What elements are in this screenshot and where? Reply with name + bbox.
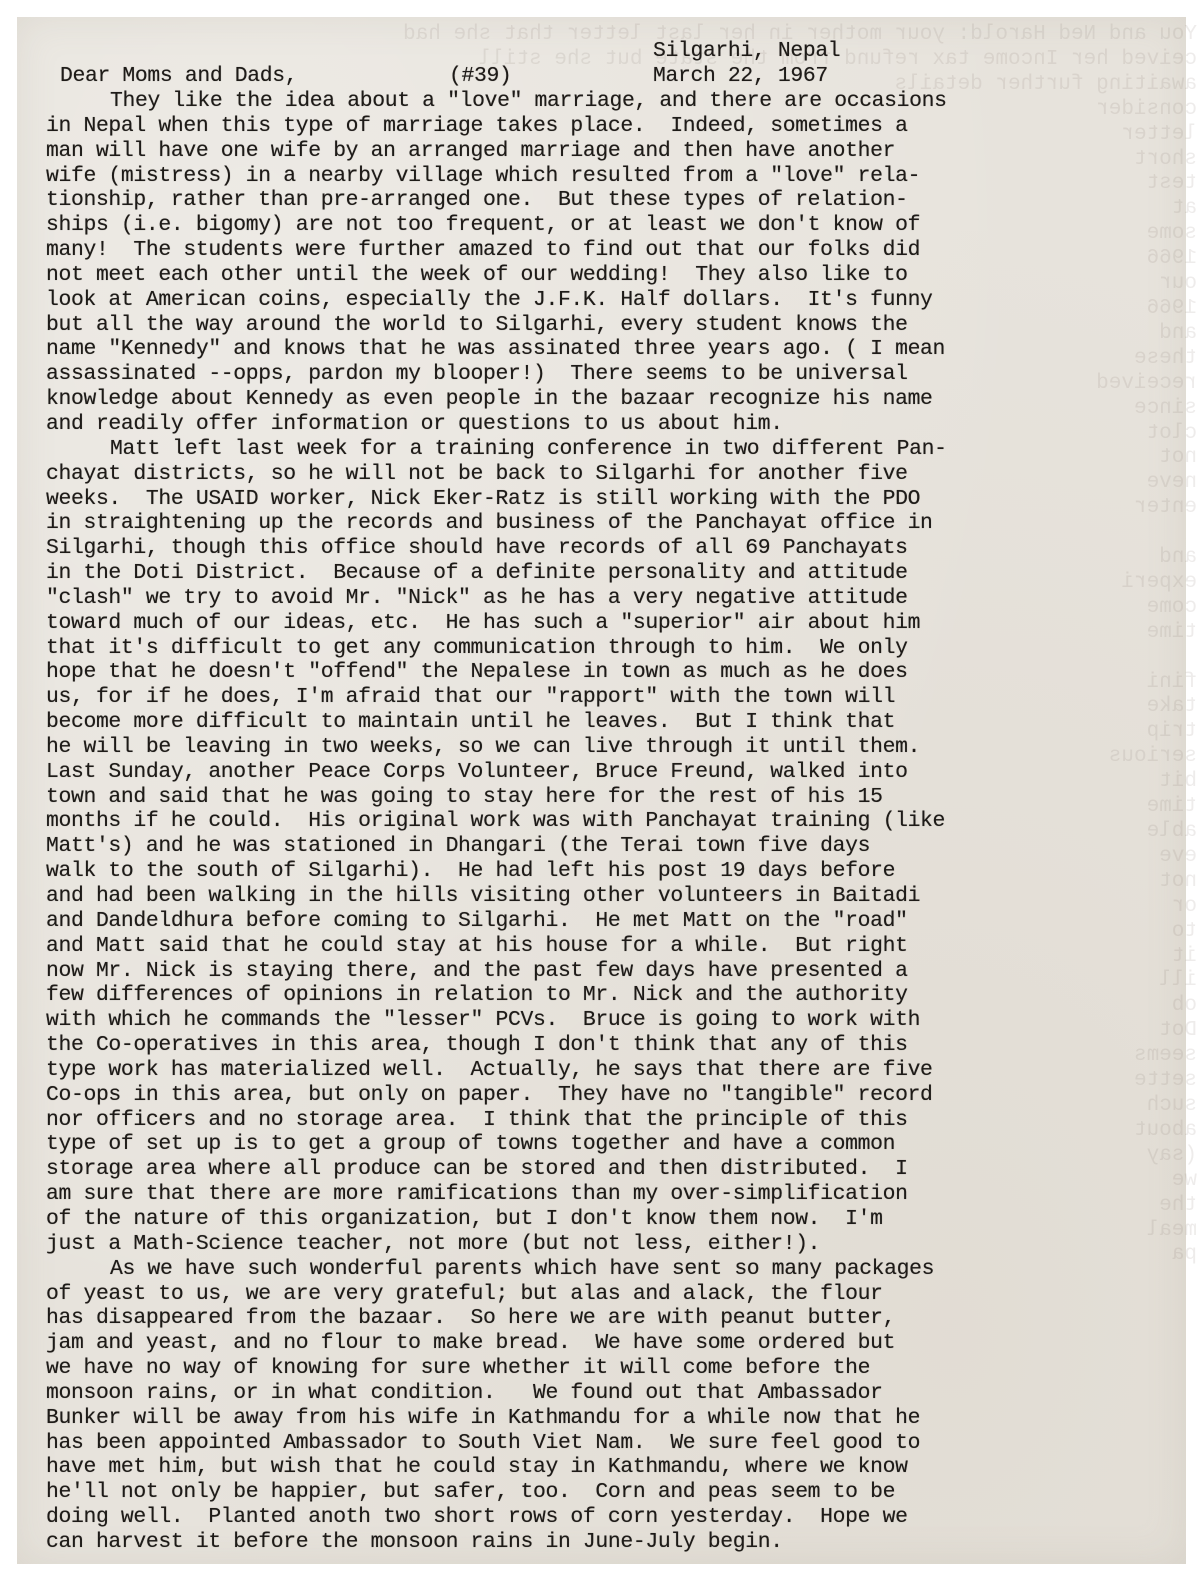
letter-line: and Dandeldhura before coming to Silgarh… [46,909,1166,934]
letter-line: tionship, rather than pre-arranged one. … [46,188,1166,213]
letter-line: with which he commands the "lesser" PCVs… [46,1008,1166,1033]
letter-line: Co-ops in this area, but only on paper. … [46,1083,1166,1108]
letter-line: have met him, but wish that he could sta… [46,1455,1166,1480]
letter-line: chayat districts, so he will not be back… [46,462,1166,487]
letter-line: months if he could. His original work wa… [46,809,1166,834]
letter-paragraph: They like the idea about a "love" marria… [46,89,1166,437]
letter-line: name "Kennedy" and knows that he was ass… [46,337,1166,362]
letter-place: Silgarhi, Nepal [653,39,840,63]
letter-salutation: Dear Moms and Dads, [60,64,297,88]
letter-line: ships (i.e. bigomy) are not too frequent… [46,213,1166,238]
letter-line: and Matt said that he could stay at his … [46,934,1166,959]
letter-line: now Mr. Nick is staying there, and the p… [46,959,1166,984]
letter-line: town and said that he was going to stay … [46,785,1166,810]
letter-line: jam and yeast, and no flour to make brea… [46,1331,1166,1356]
letter-line: and had been walking in the hills visiti… [46,884,1166,909]
letter-line: weeks. The USAID worker, Nick Eker-Ratz … [46,487,1166,512]
letter-line: he will be leaving in two weeks, so we c… [46,735,1166,760]
letter-line: man will have one wife by an arranged ma… [46,139,1166,164]
letter-line: As we have such wonderful parents which … [46,1257,1166,1282]
letter-line: They like the idea about a "love" marria… [46,89,1166,114]
letter-line: the Co-operatives in this area, though I… [46,1033,1166,1058]
letter-line: Bunker will be away from his wife in Kat… [46,1406,1166,1431]
letter-line: am sure that there are more ramification… [46,1182,1166,1207]
letter-line: Silgarhi, though this office should have… [46,536,1166,561]
letter-line: in straightening up the records and busi… [46,511,1166,536]
letter-line: wife (mistress) in a nearby village whic… [46,164,1166,189]
letter-line: of the nature of this organization, but … [46,1207,1166,1232]
letter-line: assassinated --opps, pardon my blooper!)… [46,362,1166,387]
letter-page: You and Ned Harold: your mother in her l… [17,17,1186,1564]
letter-line: few differences of opinions in relation … [46,983,1166,1008]
letter-line: Matt's) and he was stationed in Dhangari… [46,834,1166,859]
letter-text: Silgarhi, Nepal Dear Moms and Dads, (#39… [17,17,1186,1564]
letter-line: can harvest it before the monsoon rains … [46,1530,1166,1555]
letter-line: of yeast to us, we are very grateful; bu… [46,1282,1166,1307]
letter-line: has disappeared from the bazaar. So here… [46,1306,1166,1331]
letter-line: type work has materialized well. Actuall… [46,1058,1166,1083]
letter-line: toward much of our ideas, etc. He has su… [46,611,1166,636]
letter-line: Matt left last week for a training confe… [46,437,1166,462]
letter-line: just a Math-Science teacher, not more (b… [46,1232,1166,1257]
letter-line: in Nepal when this type of marriage take… [46,114,1166,139]
letter-line: become more difficult to maintain until … [46,710,1166,735]
letter-paragraph: As we have such wonderful parents which … [46,1257,1166,1555]
letter-line: he'll not only be happier, but safer, to… [46,1480,1166,1505]
letter-number: (#39) [449,64,511,88]
letter-line: we have no way of knowing for sure wheth… [46,1356,1166,1381]
letter-line: doing well. Planted anoth two short rows… [46,1505,1166,1530]
letter-line: storage area where all produce can be st… [46,1157,1166,1182]
letter-paragraph: Matt left last week for a training confe… [46,437,1166,1257]
letter-date: March 22, 1967 [653,64,828,88]
letter-line: but all the way around the world to Silg… [46,313,1166,338]
letter-line: monsoon rains, or in what condition. We … [46,1381,1166,1406]
letter-line: type of set up is to get a group of town… [46,1132,1166,1157]
letter-line: nor officers and no storage area. I thin… [46,1108,1166,1133]
letter-line: Last Sunday, another Peace Corps Volunte… [46,760,1166,785]
letter-line: "clash" we try to avoid Mr. "Nick" as he… [46,586,1166,611]
letter-line: hope that he doesn't "offend" the Nepale… [46,660,1166,685]
letter-line: many! The students were further amazed t… [46,238,1166,263]
letter-line: has been appointed Ambassador to South V… [46,1431,1166,1456]
letter-line: and readily offer information or questio… [46,412,1166,437]
letter-line: in the Doti District. Because of a defin… [46,561,1166,586]
letter-line: us, for if he does, I'm afraid that our … [46,685,1166,710]
letter-line: look at American coins, especially the J… [46,288,1166,313]
letter-line: that it's difficult to get any communica… [46,636,1166,661]
letter-line: walk to the south of Silgarhi). He had l… [46,859,1166,884]
letter-body: They like the idea about a "love" marria… [46,89,1166,1555]
letter-line: not meet each other until the week of ou… [46,263,1166,288]
letter-line: knowledge about Kennedy as even people i… [46,387,1166,412]
